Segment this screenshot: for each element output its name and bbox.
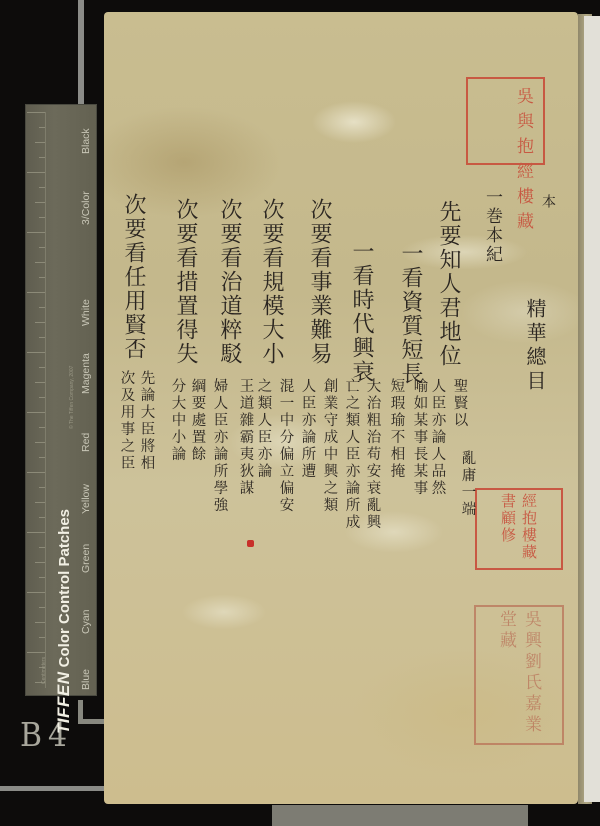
text-column-note: 之類人臣亦論	[256, 378, 271, 480]
background-rod	[78, 0, 84, 105]
patch-label-black: Black	[80, 128, 92, 154]
background-tab	[272, 805, 528, 826]
text-column-main: 一看時代興衰	[350, 240, 372, 384]
text-column-note: 王道雜霸夷狄謀	[238, 378, 253, 497]
strip-title-text: Color Control Patches	[56, 509, 73, 667]
text-column-note: 綱要處置餘	[190, 378, 205, 463]
patch-label-green: Green	[80, 544, 92, 573]
text-column-note: 先論大臣將相	[139, 370, 154, 472]
text-column-main: 次要看事業難易	[308, 198, 330, 366]
text-column-note: 混一中分偏立偏安	[278, 378, 293, 514]
text-column-note: 聖賢以	[452, 378, 467, 429]
text-column-note: 人臣亦論人品然	[430, 378, 445, 497]
ruler-scale	[27, 112, 46, 688]
text-column-main: 先要知人君地位	[437, 200, 459, 368]
adjacent-page	[584, 16, 600, 802]
patch-label-red: Red	[80, 433, 92, 452]
text-column-note: 分大中小論	[170, 378, 185, 463]
text-column-note: 次及用事之臣	[119, 370, 134, 472]
background-rod-bottom	[0, 786, 105, 791]
patch-label-white: White	[80, 299, 92, 326]
text-column-note: 短瑕瑜不相掩	[389, 378, 404, 480]
strip-title: TIFFEN Color Control Patches	[54, 509, 74, 734]
header-mark: 本	[541, 194, 555, 210]
text-column-note: 人臣亦論所遭	[300, 378, 315, 480]
text-column-main: 次要看規模大小	[260, 198, 282, 366]
page-title: 精華總目	[525, 298, 545, 394]
text-column-note: 喻如某事長某事	[412, 378, 427, 497]
patch-label-magenta: Magenta	[80, 353, 92, 394]
red-ink-mark	[247, 540, 254, 547]
text-column-note: 創業守成中興之類	[322, 378, 337, 514]
seal-top-right: 吳與抱經樓藏	[466, 77, 545, 165]
patch-label-yellow: Yellow	[80, 484, 92, 514]
text-column-main: 次要看任用賢否	[122, 193, 144, 361]
text-column-note: 婦人臣亦論所學強	[212, 378, 227, 514]
text-column-main: 一看資質短長	[399, 242, 421, 386]
seal-mid-right: 經抱樓藏書顧修	[475, 488, 563, 570]
text-column-note: 大治粗治苟安衰亂興	[365, 378, 380, 531]
patch-label-blue: Blue	[80, 669, 92, 690]
background-frame-corner	[78, 700, 105, 724]
tiffen-logo: TIFFEN	[54, 672, 73, 735]
units-label: Centimeters	[41, 657, 47, 684]
copyright-text: © The Tiffen Company, 2007	[69, 366, 75, 429]
patch-label-3color: 3/Color	[80, 191, 92, 225]
seal-bottom-right: 吳興劉氏嘉業堂藏	[474, 605, 564, 745]
color-control-strip: TIFFEN Color Control Patches Centimeters…	[25, 104, 97, 696]
volume-heading: 一巻本紀	[483, 188, 500, 264]
text-column-main: 次要看措置得失	[174, 198, 196, 366]
text-column-main: 次要看治道粹駁	[218, 198, 240, 366]
text-column-note: 亡之類人臣亦論所成	[344, 378, 359, 531]
photograph: B4	[0, 0, 600, 826]
patch-label-cyan: Cyan	[80, 609, 92, 634]
text-column-note: 亂庸一端	[460, 450, 475, 518]
